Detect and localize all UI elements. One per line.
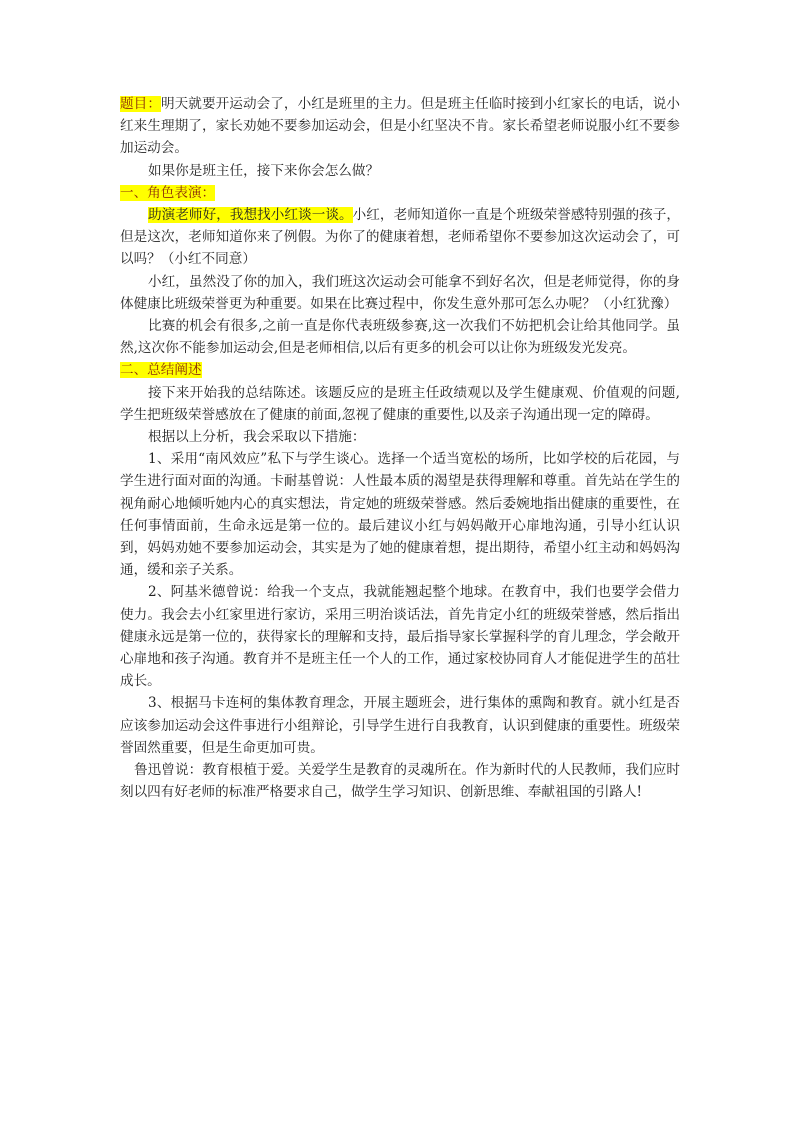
- opening-highlight: 助演老师好，我想找小红谈一谈。: [148, 207, 353, 223]
- section1-paragraph-1: 助演老师好，我想找小红谈一谈。小红，老师知道你一直是个班级荣誉感特别强的孩子，但…: [120, 204, 680, 271]
- section2-heading-line: 二、总结阐述: [120, 359, 680, 381]
- problem-text: 明天就要开运动会了，小红是班里的主力。但是班主任临时接到小红家长的电话，说小红来…: [120, 96, 680, 156]
- section2-paragraph-1: 接下来开始我的总结陈述。该题反应的是班主任政绩观以及学生健康观、价值观的问题,学…: [120, 382, 680, 426]
- section1-heading: 一、角色表演：: [120, 185, 215, 201]
- problem-label: 题目：: [120, 96, 161, 112]
- document-page: 题目：明天就要开运动会了，小红是班里的主力。但是班主任临时接到小红家长的电话，说…: [120, 93, 680, 804]
- question-paragraph: 如果你是班主任，接下来你会怎么做？: [120, 160, 680, 182]
- section2-paragraph-2: 根据以上分析，我会采取以下措施：: [120, 426, 680, 448]
- closing-paragraph: 鲁迅曾说：教育根植于爱。关爱学生是教育的灵魂所在。作为新时代的人民教师，我们应时…: [120, 759, 680, 803]
- measure-3: 3、根据马卡连柯的集体教育理念，开展主题班会，进行集体的熏陶和教育。就小红是否应…: [120, 692, 680, 759]
- measure-2: 2、阿基米德曾说：给我一个支点，我就能翘起整个地球。在教育中，我们也要学会借力使…: [120, 581, 680, 692]
- section1-heading-line: 一、角色表演：: [120, 182, 680, 204]
- section2-heading: 二、总结阐述: [120, 362, 202, 378]
- section1-paragraph-3: 比赛的机会有很多,之前一直是你代表班级参赛,这一次我们不妨把机会让给其他同学。虽…: [120, 315, 680, 359]
- problem-paragraph: 题目：明天就要开运动会了，小红是班里的主力。但是班主任临时接到小红家长的电话，说…: [120, 93, 680, 160]
- measure-1: 1、采用“南风效应”私下与学生谈心。选择一个适当宽松的场所，比如学校的后花园，与…: [120, 448, 680, 581]
- section1-paragraph-2: 小红，虽然没了你的加入，我们班这次运动会可能拿不到好名次，但是老师觉得，你的身体…: [120, 271, 680, 315]
